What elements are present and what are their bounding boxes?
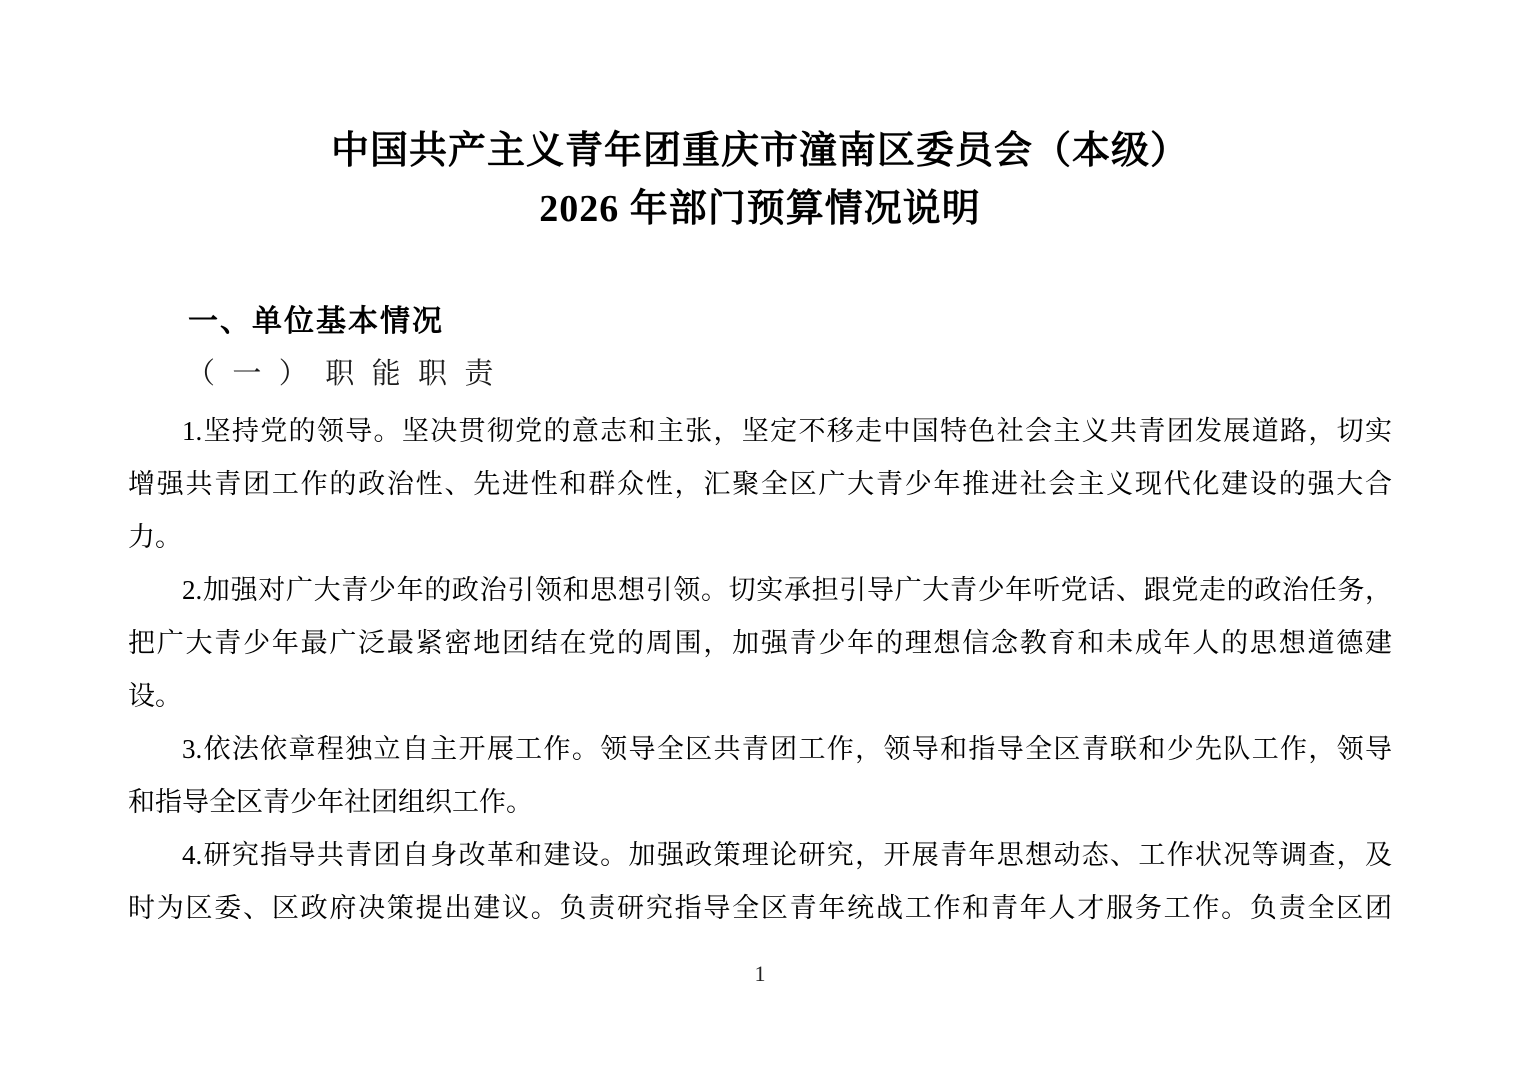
paragraph-1: 1.坚持党的领导。坚决贯彻党的意志和主张，坚定不移走中国特色社会主义共青团发展道… bbox=[128, 405, 1392, 564]
paragraph-3: 3.依法依章程独立自主开展工作。领导全区共青团工作，领导和指导全区青联和少先队工… bbox=[128, 723, 1392, 829]
document-title-line-1: 中国共产主义青年团重庆市潼南区委员会（本级） bbox=[0, 122, 1520, 180]
document-page: 中国共产主义青年团重庆市潼南区委员会（本级） 2026 年部门预算情况说明 一、… bbox=[0, 0, 1520, 1074]
paragraph-1-line-3: 力。 bbox=[128, 511, 1392, 564]
document-title: 中国共产主义青年团重庆市潼南区委员会（本级） 2026 年部门预算情况说明 bbox=[0, 0, 1520, 238]
paragraph-3-line-1: 3.依法依章程独立自主开展工作。领导全区共青团工作，领导和指导全区青联和少先队工… bbox=[128, 723, 1392, 776]
document-body: 一、单位基本情况 （一）职能职责 1.坚持党的领导。坚决贯彻党的意志和主张，坚定… bbox=[0, 295, 1520, 935]
paragraph-2-line-2: 把广大青少年最广泛最紧密地团结在党的周围，加强青少年的理想信念教育和未成年人的思… bbox=[128, 617, 1392, 670]
subsection-heading: （一）职能职责 bbox=[128, 348, 1392, 401]
paragraph-4-line-1: 4.研究指导共青团自身改革和建设。加强政策理论研究，开展青年思想动态、工作状况等… bbox=[128, 829, 1392, 882]
paragraph-4-line-2: 时为区委、区政府决策提出建议。负责研究指导全区青年统战工作和青年人才服务工作。负… bbox=[128, 882, 1392, 935]
section-heading: 一、单位基本情况 bbox=[128, 295, 1392, 348]
paragraph-1-line-1: 1.坚持党的领导。坚决贯彻党的意志和主张，坚定不移走中国特色社会主义共青团发展道… bbox=[128, 405, 1392, 458]
paragraph-1-line-2: 增强共青团工作的政治性、先进性和群众性，汇聚全区广大青少年推进社会主义现代化建设… bbox=[128, 458, 1392, 511]
document-title-line-2: 2026 年部门预算情况说明 bbox=[0, 180, 1520, 238]
paragraph-3-line-2: 和指导全区青少年社团组织工作。 bbox=[128, 776, 1392, 829]
paragraph-2: 2.加强对广大青少年的政治引领和思想引领。切实承担引导广大青少年听党话、跟党走的… bbox=[128, 564, 1392, 723]
page-number: 1 bbox=[0, 960, 1520, 988]
paragraph-2-line-3: 设。 bbox=[128, 670, 1392, 723]
paragraph-2-line-1: 2.加强对广大青少年的政治引领和思想引领。切实承担引导广大青少年听党话、跟党走的… bbox=[128, 564, 1392, 617]
paragraph-4: 4.研究指导共青团自身改革和建设。加强政策理论研究，开展青年思想动态、工作状况等… bbox=[128, 829, 1392, 935]
